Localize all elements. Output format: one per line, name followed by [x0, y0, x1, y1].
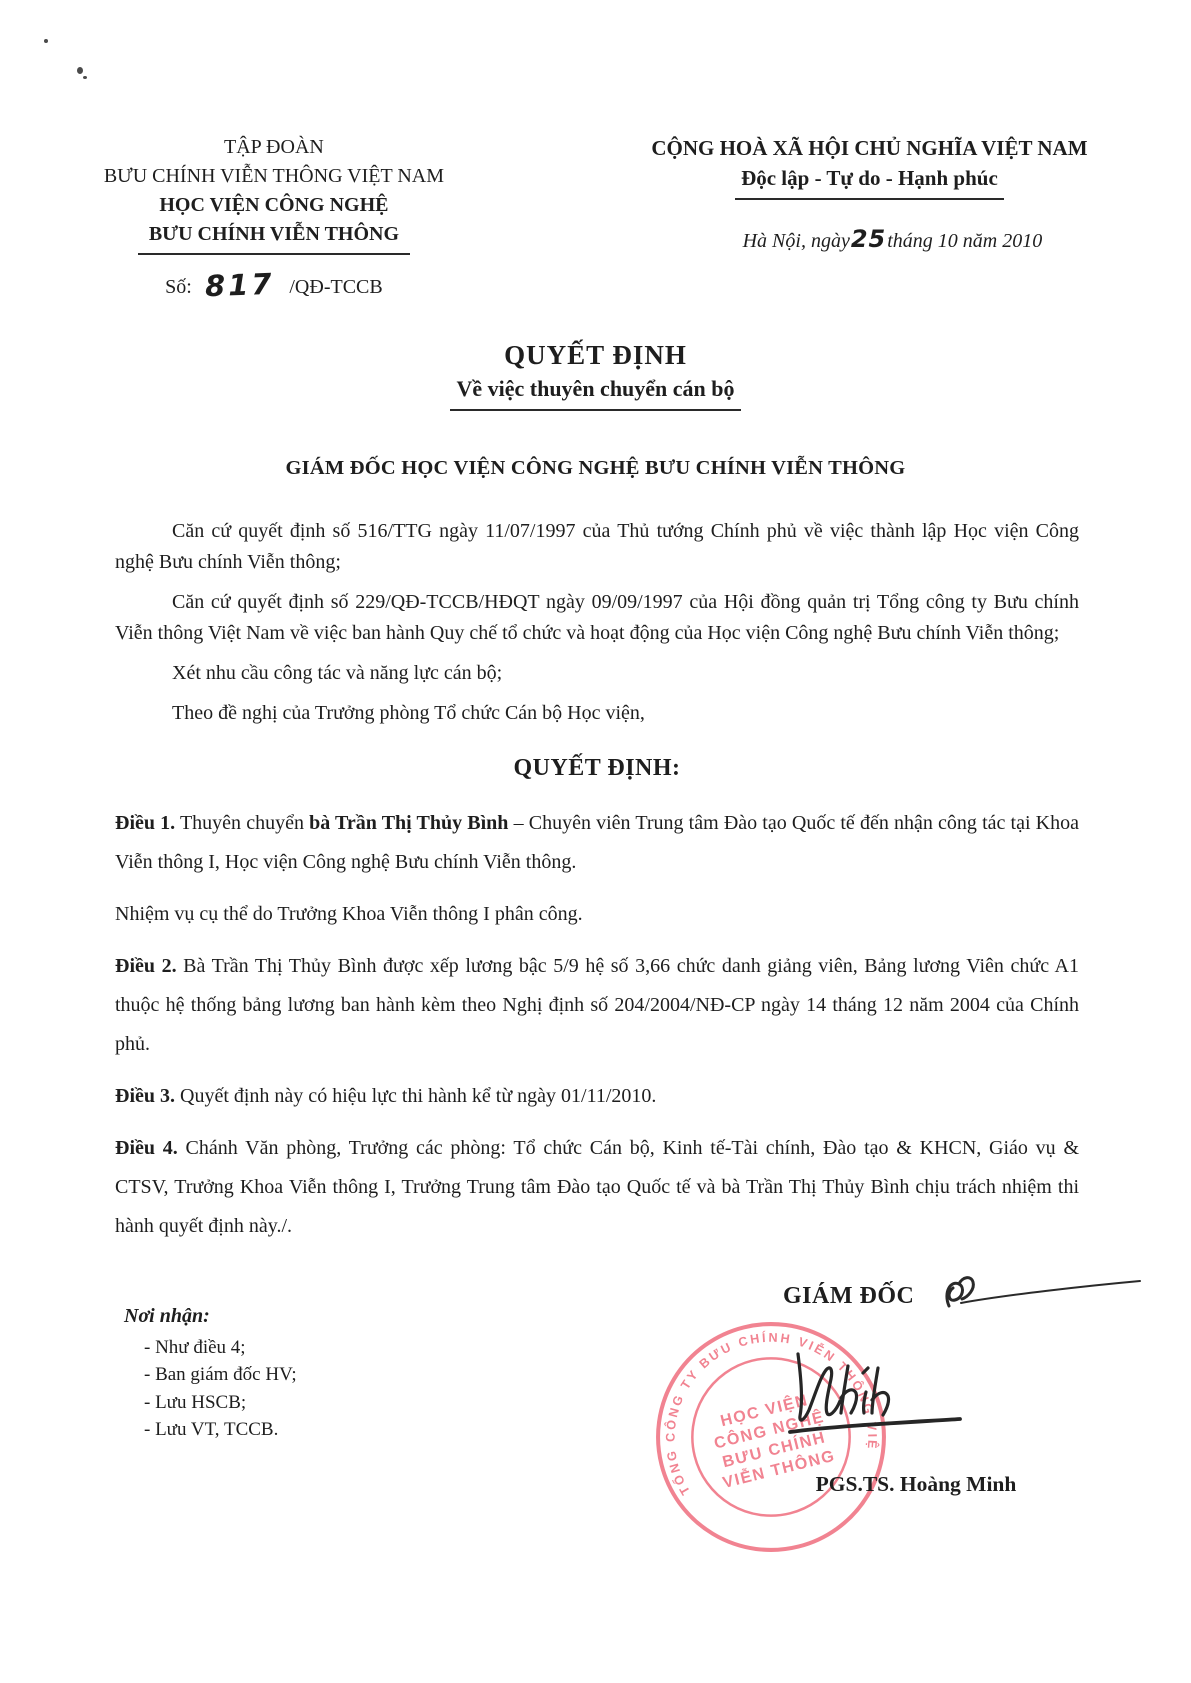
- decision-heading: QUYẾT ĐỊNH:: [115, 755, 1079, 782]
- org-underline-rule: [138, 253, 410, 255]
- national-motto-line1: CỘNG HOÀ XÃ HỘI CHỦ NGHĨA VIỆT NAM: [548, 133, 1191, 163]
- recipient-item: - Lưu VT, TCCB.: [124, 1416, 297, 1444]
- recipients-title: Nơi nhận:: [124, 1303, 297, 1331]
- org-name-line1: HỌC VIỆN CÔNG NGHỆ: [0, 191, 548, 220]
- document-subject: Về việc thuyên chuyển cán bộ: [450, 376, 740, 411]
- article-2-paragraph: Điều 2. Bà Trần Thị Thủy Bình được xếp l…: [115, 947, 1079, 1064]
- document-number-line: Số: 817 /QĐ-TCCB: [0, 269, 548, 302]
- recipient-item: - Lưu HSCB;: [124, 1389, 297, 1417]
- document-title: QUYẾT ĐỊNH: [0, 340, 1191, 371]
- recipient-item: - Ban giám đốc HV;: [124, 1361, 297, 1389]
- article-1-paragraph: Điều 1. Thuyên chuyển bà Trần Thị Thủy B…: [115, 804, 1079, 882]
- document-number-handwritten: 817: [204, 270, 275, 301]
- signer-name: PGS.TS. Hoàng Minh: [716, 1472, 1116, 1497]
- org-parent-line1: TẬP ĐOÀN: [0, 133, 548, 162]
- document-number-suffix: /QĐ-TCCB: [289, 276, 382, 298]
- issuing-org-block: TẬP ĐOÀN BƯU CHÍNH VIỄN THÔNG VIỆT NAM H…: [0, 133, 548, 302]
- scan-speck: [44, 39, 48, 43]
- preamble-paragraph: Căn cứ quyết định số 516/TTG ngày 11/07/…: [115, 516, 1079, 578]
- recipients-block: Nơi nhận: - Như điều 4; - Ban giám đốc H…: [124, 1303, 297, 1444]
- date-line: Hà Nội, ngày25tháng 10 năm 2010: [548, 224, 1191, 256]
- scan-speck: [77, 67, 83, 74]
- article-1-note-paragraph: Nhiệm vụ cụ thể do Trưởng Khoa Viễn thôn…: [115, 895, 1079, 934]
- org-name-line2: BƯU CHÍNH VIỄN THÔNG: [0, 220, 548, 249]
- issuing-authority-line: GIÁM ĐỐC HỌC VIỆN CÔNG NGHỆ BƯU CHÍNH VI…: [0, 457, 1191, 480]
- document-header: TẬP ĐOÀN BƯU CHÍNH VIỄN THÔNG VIỆT NAM H…: [0, 0, 1191, 302]
- handwritten-signature: [788, 1340, 968, 1448]
- pen-flourish-mark: [935, 1272, 1150, 1318]
- preamble-paragraph: Xét nhu cầu công tác và năng lực cán bộ;: [115, 658, 1079, 689]
- title-block: QUYẾT ĐỊNH Về việc thuyên chuyển cán bộ …: [0, 340, 1191, 480]
- document-body: Căn cứ quyết định số 516/TTG ngày 11/07/…: [115, 516, 1079, 1246]
- date-suffix: tháng 10 năm 2010: [887, 230, 1042, 252]
- national-header-block: CỘNG HOÀ XÃ HỘI CHỦ NGHĨA VIỆT NAM Độc l…: [548, 133, 1191, 302]
- article-3-paragraph: Điều 3. Quyết định này có hiệu lực thi h…: [115, 1077, 1079, 1116]
- recipient-item: - Như điều 4;: [124, 1334, 297, 1362]
- document-page: TẬP ĐOÀN BƯU CHÍNH VIỄN THÔNG VIỆT NAM H…: [0, 0, 1191, 1683]
- org-parent-line2: BƯU CHÍNH VIỄN THÔNG VIỆT NAM: [0, 162, 548, 191]
- date-prefix: Hà Nội, ngày: [743, 230, 850, 252]
- preamble-paragraph: Căn cứ quyết định số 229/QĐ-TCCB/HĐQT ng…: [115, 587, 1079, 649]
- document-number-label: Số:: [165, 276, 192, 298]
- date-day-handwritten: 25: [851, 224, 886, 254]
- article-4-paragraph: Điều 4. Chánh Văn phòng, Trưởng các phòn…: [115, 1129, 1079, 1246]
- national-motto-line2: Độc lập - Tự do - Hạnh phúc: [735, 163, 1004, 200]
- scan-speck: [83, 76, 87, 79]
- preamble-paragraph: Theo đề nghị của Trưởng phòng Tổ chức Cá…: [115, 698, 1079, 729]
